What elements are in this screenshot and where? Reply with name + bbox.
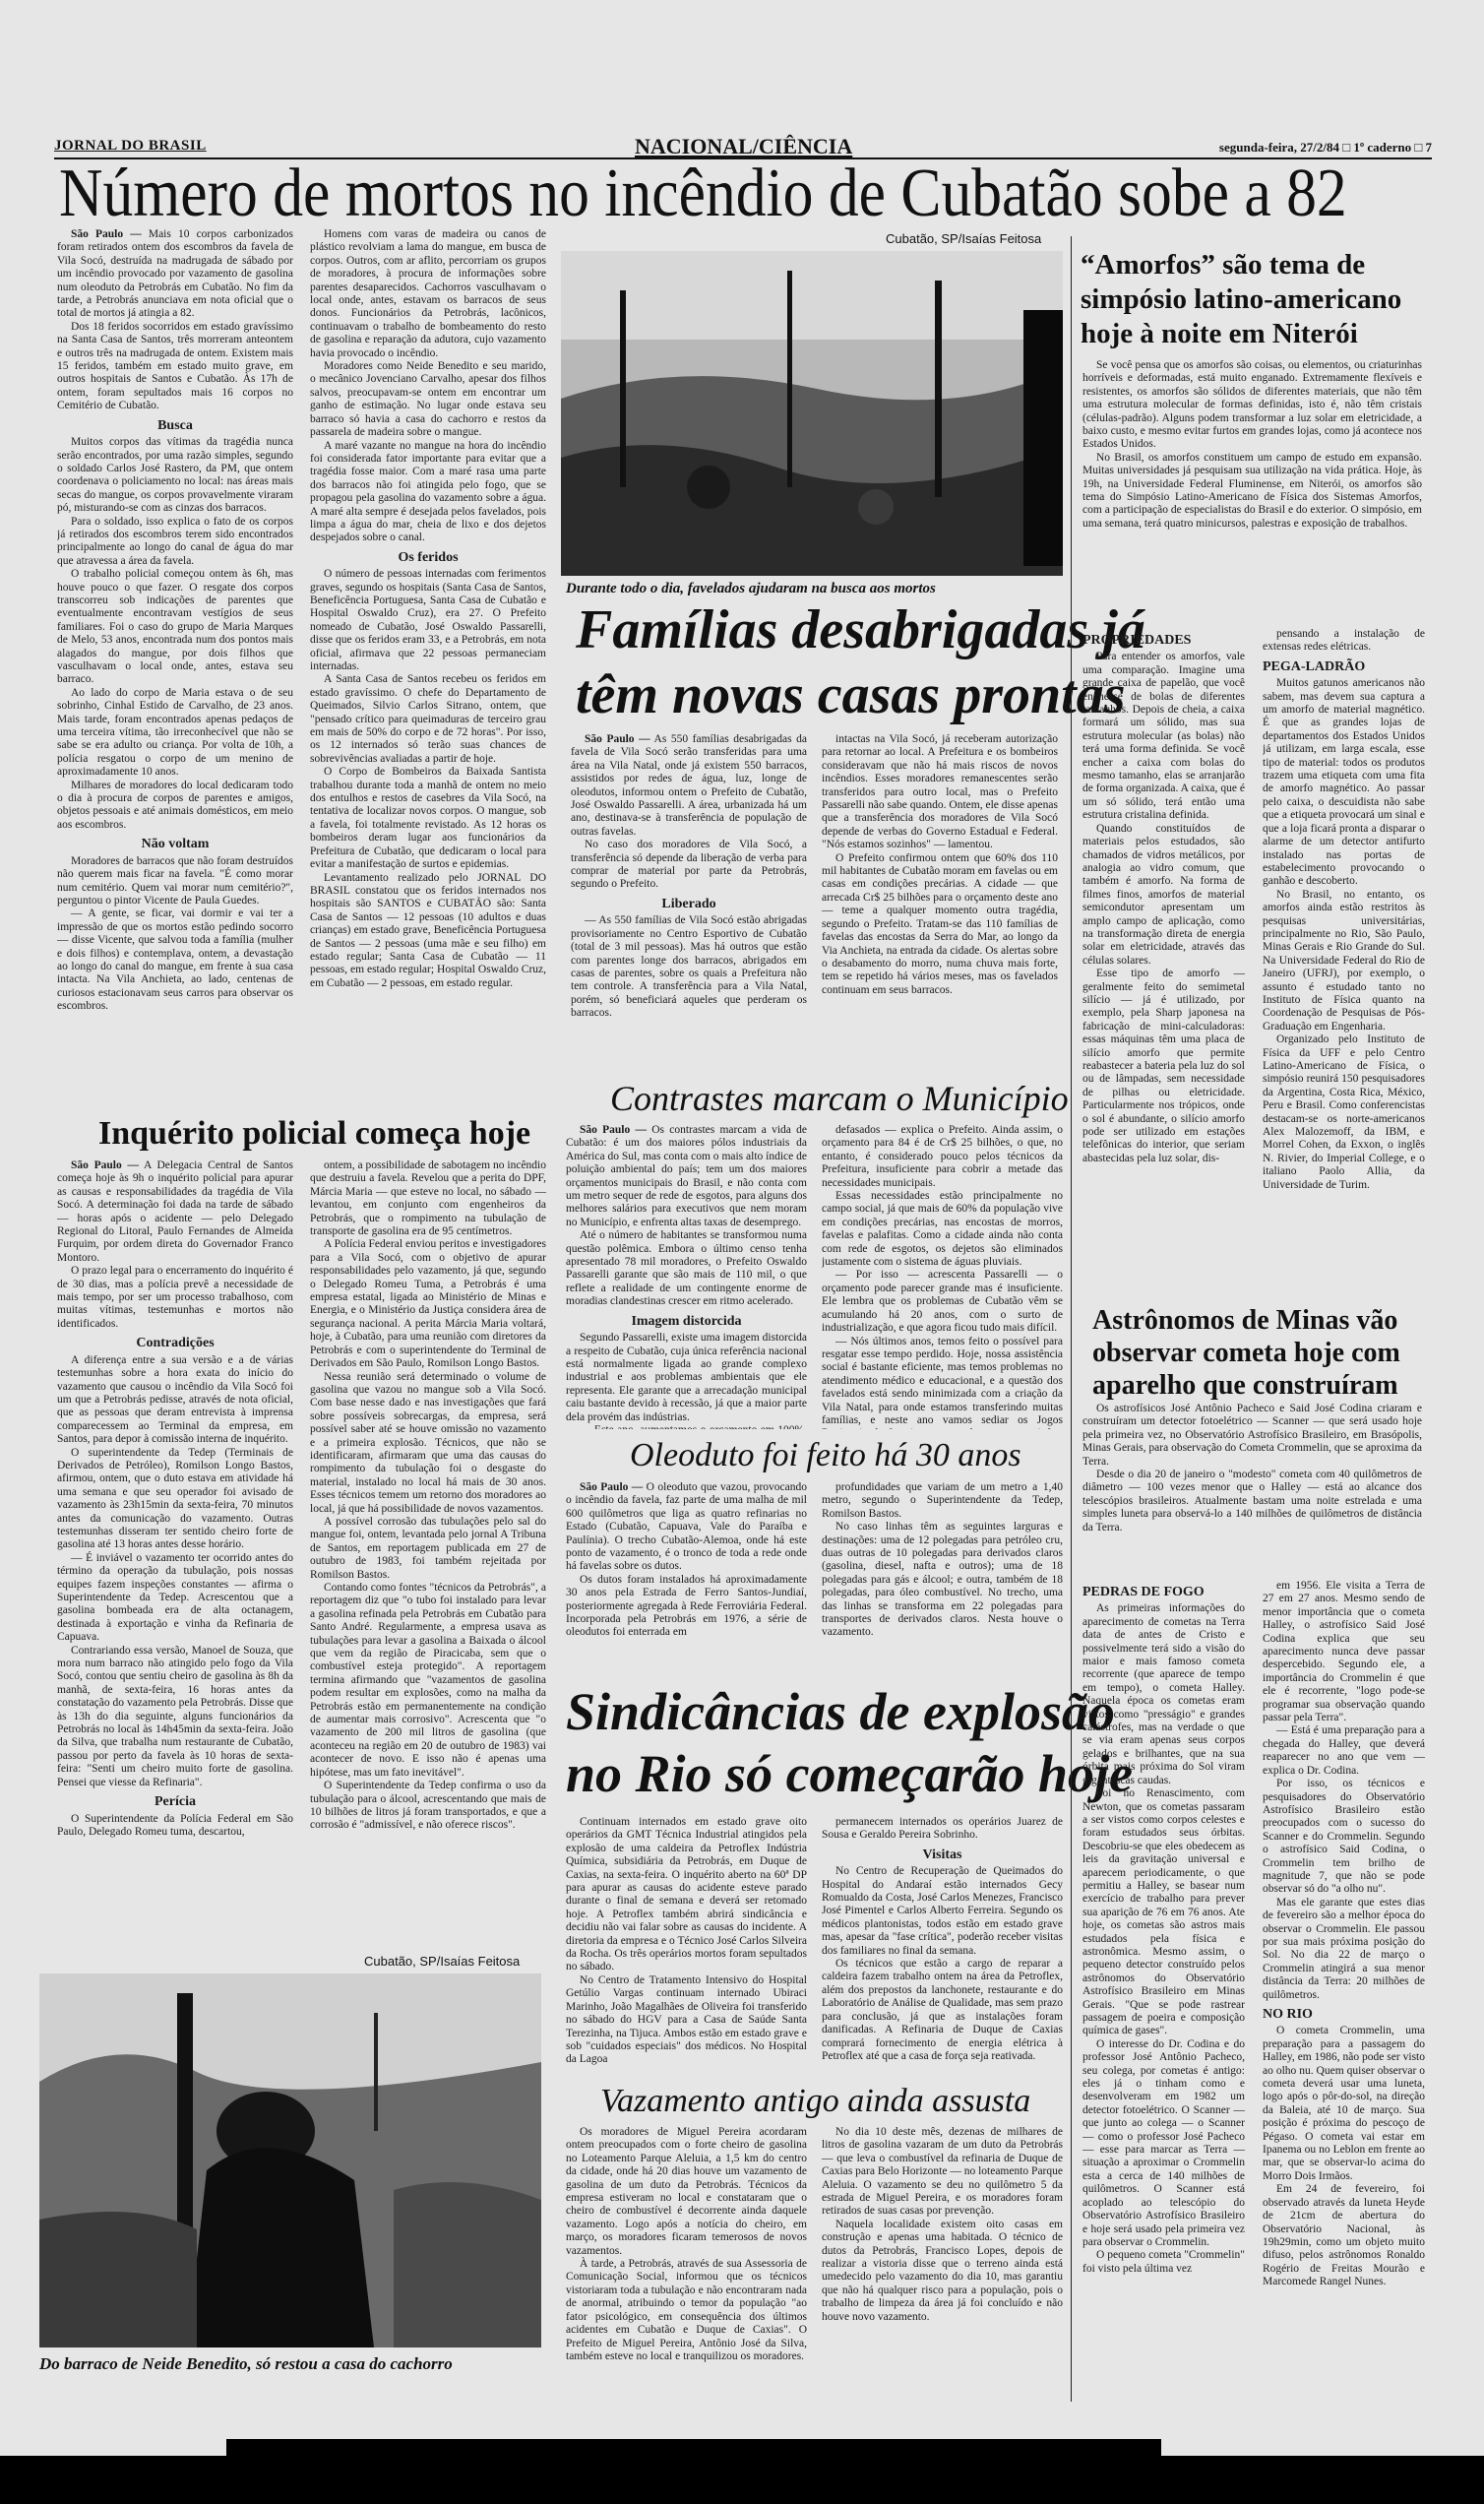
inquerito-headline: Inquérito policial começa hoje: [98, 1117, 530, 1151]
paragraph: O pequeno cometa "Crommelin" foi visto p…: [1082, 2249, 1245, 2276]
familias-col2: intactas na Vila Socó, já receberam auto…: [822, 733, 1058, 1019]
paragraph: Essas necessidades estão principalmente …: [822, 1190, 1063, 1269]
subhead: Busca: [57, 419, 293, 432]
subhead: Perícia: [57, 1795, 293, 1808]
paragraph: defasados — explica o Prefeito. Ainda as…: [822, 1124, 1063, 1190]
oleoduto-col2: profundidades que variam de um metro a 1…: [822, 1481, 1063, 1678]
dateline-label: São Paulo —: [585, 733, 650, 745]
paragraph: O superintendente da Tedep (Terminais de…: [57, 1447, 293, 1552]
paragraph: O cometa Crommelin, uma preparação para …: [1263, 2025, 1425, 2183]
paragraph: Até o número de habitantes se transformo…: [566, 1229, 807, 1308]
section-heading: PEDRAS DE FOGO: [1082, 1586, 1245, 1598]
amorfos-col2: pensando a instalação de extensas redes …: [1263, 628, 1425, 1278]
paragraph: — A gente, se ficar, vai dormir e vai te…: [57, 908, 293, 1013]
paragraph: permanecem internados os operários Juare…: [822, 1816, 1063, 1843]
astronomos-headline: Astrônomos de Minas vão observar cometa …: [1092, 1304, 1427, 1402]
vazamento-headline: Vazamento antigo ainda assusta: [600, 2085, 1030, 2118]
astronomos-intro: Os astrofísicos José Antônio Pacheco e S…: [1082, 1403, 1422, 1570]
vazamento-col1: Os moradores de Miguel Pereira acordaram…: [566, 2126, 807, 2411]
photo-burned-favela: [561, 251, 1063, 576]
photo-credit-top: Cubatão, SP/Isaías Feitosa: [886, 231, 1041, 246]
subhead: Liberado: [571, 898, 807, 910]
paragraph: Naquela localidade existem oito casas em…: [822, 2219, 1063, 2324]
paragraph: O interesse do Dr. Codina e do professor…: [1082, 2038, 1245, 2250]
photo-caption-bottom: Do barraco de Neide Benedito, só restou …: [39, 2354, 453, 2374]
photo-dog-house: [39, 1973, 541, 2347]
paragraph: Desde o dia 20 de janeiro o "modesto" co…: [1082, 1469, 1422, 1534]
contrastes-headline: Contrastes marcam o Município: [610, 1081, 1069, 1116]
paragraph: Por isso, os técnicos e pesquisadores do…: [1263, 1778, 1425, 1897]
paragraph: Muitos gatunos americanos não sabem, mas…: [1263, 677, 1425, 889]
familias-headline-1: Famílias desabrigadas já: [576, 602, 1145, 657]
paragraph: No Brasil, os amorfos constituem um camp…: [1082, 452, 1422, 531]
paragraph: A Santa Casa de Santos recebeu os ferido…: [310, 673, 546, 766]
astronomos-col2: em 1956. Ele visita a Terra de 27 em 27 …: [1263, 1580, 1425, 2397]
section-heading: PROPRIEDADES: [1082, 634, 1245, 647]
paragraph: As primeiras informações do aparecimento…: [1082, 1602, 1245, 1787]
familias-col1: São Paulo — As 550 famílias desabrigadas…: [571, 733, 807, 1019]
paragraph: Nessa reunião será determinado o volume …: [310, 1371, 546, 1516]
paragraph: A maré vazante no mangue na hora do incê…: [310, 440, 546, 545]
paragraph: — Este ano, aumentamos o orçamento em 10…: [566, 1424, 807, 1429]
paragraph: O Superintendente da Tedep confirma o us…: [310, 1780, 546, 1833]
dateline-label: São Paulo —: [580, 1481, 643, 1493]
subhead: Visitas: [822, 1848, 1063, 1861]
section-heading: PEGA-LADRÃO: [1263, 660, 1425, 673]
paragraph: Contrariando essa versão, Manoel de Souz…: [57, 1645, 293, 1789]
paragraph: pensando a instalação de extensas redes …: [1263, 628, 1425, 655]
vazamento-col2: No dia 10 deste mês, dezenas de milhares…: [822, 2126, 1063, 2411]
paragraph: — As 550 famílias de Vila Socó estão abr…: [571, 914, 807, 1019]
paragraph: Para o soldado, isso explica o fato de o…: [57, 516, 293, 569]
paragraph: Para entender os amorfos, vale uma compa…: [1082, 651, 1245, 822]
paragraph: — Por isso — acrescenta Passarelli — o o…: [822, 1269, 1063, 1335]
paragraph: Os técnicos que estão a cargo de reparar…: [822, 1958, 1063, 2063]
paragraph: — Está é uma preparação para a chegada d…: [1263, 1724, 1425, 1778]
dateline-label: São Paulo —: [580, 1124, 647, 1136]
paragraph: ontem, a possibilidade de sabotagem no i…: [310, 1159, 546, 1238]
subhead: Contradições: [57, 1337, 293, 1349]
column-divider: [1071, 236, 1072, 2402]
paragraph: O trabalho policial começou ontem às 6h,…: [57, 568, 293, 687]
dateline-label: São Paulo —: [71, 1159, 139, 1171]
paragraph: — É inviável o vazamento ter ocorrido an…: [57, 1552, 293, 1645]
sindicancias-col2: permanecem internados os operários Juare…: [822, 1816, 1063, 2077]
photo-image: [39, 1973, 541, 2347]
photo-credit-bottom: Cubatão, SP/Isaías Feitosa: [364, 1954, 520, 1969]
paragraph: O prazo legal para o encerramento do inq…: [57, 1265, 293, 1331]
photo-caption-top: Durante todo o dia, favelados ajudaram n…: [566, 581, 936, 597]
paragraph: Muitos corpos das vítimas da tragédia nu…: [57, 436, 293, 515]
paragraph: São Paulo — Mais 10 corpos carbonizados …: [57, 228, 293, 321]
paragraph: em 1956. Ele visita a Terra de 27 em 27 …: [1263, 1580, 1425, 1724]
inquerito-col1: São Paulo — A Delegacia Central de Santo…: [57, 1159, 293, 1957]
oleoduto-headline: Oleoduto foi feito há 30 anos: [630, 1439, 1021, 1472]
paragraph: Em 24 de fevereiro, foi observado atravé…: [1263, 2183, 1425, 2288]
inquerito-col2: ontem, a possibilidade de sabotagem no i…: [310, 1159, 546, 1942]
sindicancias-col1: Continuam internados em estado grave oit…: [566, 1816, 807, 2077]
newspaper-name: JORNAL DO BRASIL: [54, 138, 207, 155]
paragraph: São Paulo — Os contrastes marcam a vida …: [566, 1124, 807, 1229]
paragraph: A Polícia Federal enviou peritos e inves…: [310, 1238, 546, 1370]
paragraph: Contando como fontes "técnicos da Petrob…: [310, 1582, 546, 1780]
paragraph: No caso linhas têm as seguintes larguras…: [822, 1521, 1063, 1640]
paragraph: No caso dos moradores de Vila Socó, a tr…: [571, 839, 807, 892]
paragraph: À tarde, a Petrobrás, através de sua Ass…: [566, 2258, 807, 2363]
subhead: Imagem distorcida: [566, 1315, 807, 1328]
amorfos-intro: Se você pensa que os amorfos são coisas,…: [1082, 359, 1422, 615]
scan-edge-bottom: [0, 2456, 1484, 2504]
paragraph: Moradores de barracos que não foram dest…: [57, 855, 293, 908]
oleoduto-col1: São Paulo — O oleoduto que vazou, provoc…: [566, 1481, 807, 1678]
paragraph: Os moradores de Miguel Pereira acordaram…: [566, 2126, 807, 2258]
main-story-col2: Homens com varas de madeira ou canos de …: [310, 228, 546, 1095]
paragraph: Milhares de moradores do local dedicaram…: [57, 780, 293, 833]
dateline: segunda-feira, 27/2/84 □ 1º caderno □ 7: [1219, 140, 1432, 156]
paragraph: Continuam internados em estado grave oit…: [566, 1816, 807, 1974]
paragraph: Mas ele garante que estes dias de fevere…: [1263, 1897, 1425, 2002]
paragraph: Se você pensa que os amorfos são coisas,…: [1082, 359, 1422, 452]
astronomos-col1: PEDRAS DE FOGOAs primeiras informações d…: [1082, 1580, 1245, 2397]
paragraph: Organizado pelo Instituto de Física da U…: [1263, 1033, 1425, 1192]
section-heading: NO RIO: [1263, 2008, 1425, 2021]
paragraph: No Centro de Tratamento Intensivo do Hos…: [566, 1974, 807, 2067]
main-story-col1: São Paulo — Mais 10 corpos carbonizados …: [57, 228, 293, 1095]
paragraph: São Paulo — A Delegacia Central de Santo…: [57, 1159, 293, 1265]
amorfos-headline: “Amorfos” são tema de simpósio latino-am…: [1081, 248, 1425, 351]
amorfos-col1: PROPRIEDADESPara entender os amorfos, va…: [1082, 628, 1245, 1278]
sindicancias-headline-1: Sindicâncias de explosão: [566, 1685, 1115, 1738]
paragraph: Quando constituídos de materiais pelos e…: [1082, 823, 1245, 968]
photo-image: [561, 251, 1063, 576]
paragraph: profundidades que variam de um metro a 1…: [822, 1481, 1063, 1521]
paragraph: O Corpo de Bombeiros da Baixada Santista…: [310, 766, 546, 871]
paragraph: Homens com varas de madeira ou canos de …: [310, 228, 546, 360]
paragraph: São Paulo — As 550 famílias desabrigadas…: [571, 733, 807, 839]
paragraph: No Centro de Recuperação de Queimados do…: [822, 1865, 1063, 1958]
paragraph: intactas na Vila Socó, já receberam auto…: [822, 733, 1058, 852]
paragraph: A possível corrosão das tubulações pelo …: [310, 1516, 546, 1582]
subhead: Os feridos: [310, 551, 546, 564]
paragraph: A diferença entre a sua versão e a de vá…: [57, 1354, 293, 1447]
paragraph: — Nós últimos anos, temos feito o possív…: [822, 1336, 1063, 1430]
paragraph: Ao lado do corpo de Maria estava o de se…: [57, 687, 293, 780]
paragraph: Segundo Passarelli, existe uma imagem di…: [566, 1332, 807, 1424]
paragraph: Dos 18 feridos socorridos em estado grav…: [57, 321, 293, 413]
contrastes-col1: São Paulo — Os contrastes marcam a vida …: [566, 1124, 807, 1429]
paragraph: Os dutos foram instalados há aproximadam…: [566, 1574, 807, 1640]
subhead: Não voltam: [57, 838, 293, 850]
paragraph: São Paulo — O oleoduto que vazou, provoc…: [566, 1481, 807, 1574]
paragraph: Foi no Renascimento, com Newton, que os …: [1082, 1787, 1245, 2038]
paragraph: Esse tipo de amorfo — geralmente feito d…: [1082, 968, 1245, 1165]
paragraph: Levantamento realizado pelo JORNAL DO BR…: [310, 872, 546, 991]
contrastes-col2: defasados — explica o Prefeito. Ainda as…: [822, 1124, 1063, 1429]
sindicancias-headline-2: no Rio só começarão hoje: [566, 1747, 1133, 1800]
paragraph: No dia 10 deste mês, dezenas de milhares…: [822, 2126, 1063, 2219]
main-headline: Número de mortos no incêndio de Cubatão …: [59, 159, 1347, 228]
paragraph: Os astrofísicos José Antônio Pacheco e S…: [1082, 1403, 1422, 1469]
familias-headline-2: têm novas casas prontas: [576, 667, 1126, 722]
paragraph: O Prefeito confirmou ontem que 60% dos 1…: [822, 852, 1058, 997]
paragraph: O número de pessoas internadas com ferim…: [310, 568, 546, 673]
dateline-label: São Paulo —: [71, 228, 142, 240]
paragraph: O Superintendente da Polícia Federal em …: [57, 1813, 293, 1840]
paragraph: No Brasil, no entanto, os amorfos ainda …: [1263, 889, 1425, 1033]
paragraph: Moradores como Neide Benedito e seu mari…: [310, 360, 546, 439]
